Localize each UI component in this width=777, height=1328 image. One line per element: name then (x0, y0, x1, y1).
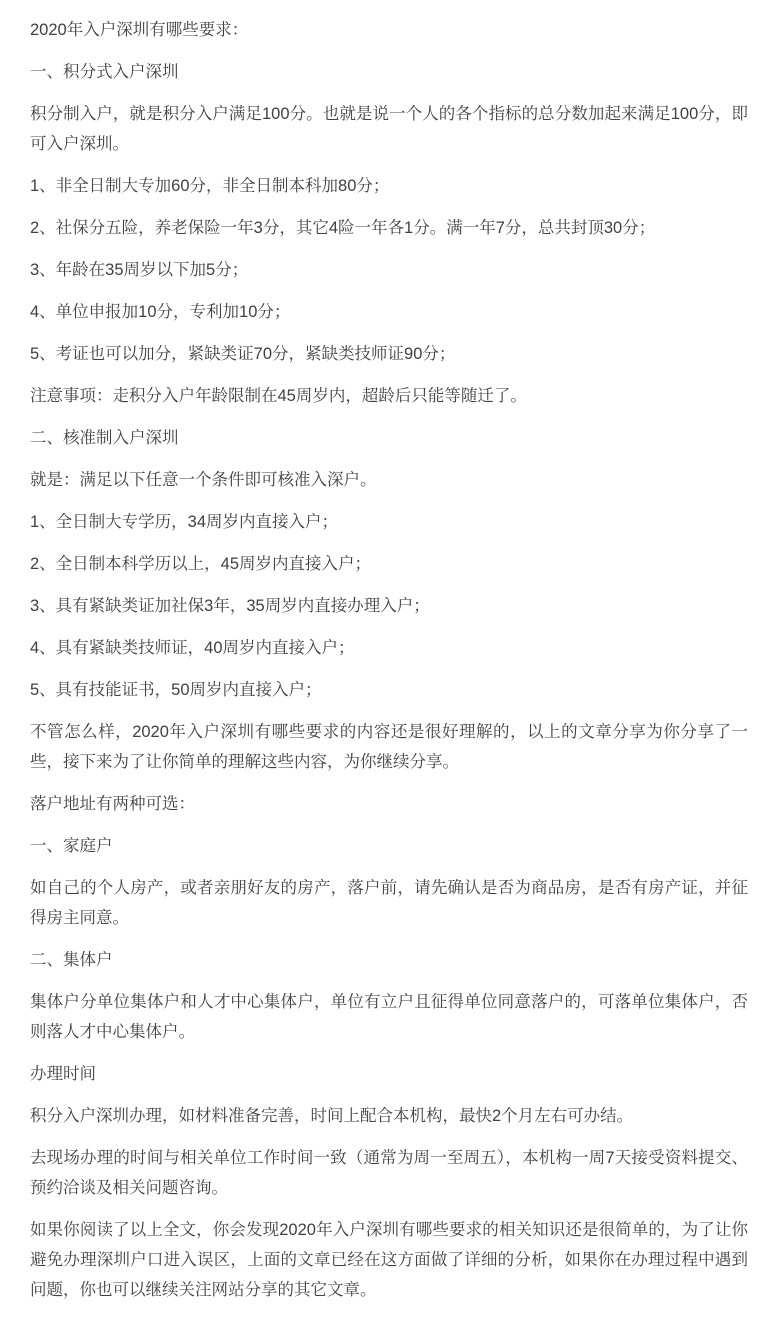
section-heading-points: 一、积分式入户深圳 (30, 57, 748, 87)
section-heading-family: 一、家庭户 (30, 831, 748, 861)
section-heading-time: 办理时间 (30, 1059, 748, 1089)
list-item-points-5: 5、考证也可以加分，紧缺类证70分，紧缺类技师证90分； (30, 339, 748, 369)
paragraph-address-intro: 落户地址有两种可选： (30, 789, 748, 819)
article-title-line: 2020年入户深圳有哪些要求： (30, 15, 748, 45)
section-heading-group: 二、集体户 (30, 945, 748, 975)
list-item-points-1: 1、非全日制大专加60分，非全日制本科加80分； (30, 171, 748, 201)
article-body: 2020年入户深圳有哪些要求： 一、积分式入户深圳 积分制入户，就是积分入户满足… (0, 0, 777, 1328)
paragraph-summary: 不管怎么样，2020年入户深圳有哪些要求的内容还是很好理解的，以上的文章分享为你… (30, 717, 748, 777)
paragraph-points-intro: 积分制入户，就是积分入户满足100分。也就是说一个人的各个指标的总分数加起来满足… (30, 99, 748, 159)
paragraph-points-note: 注意事项：走积分入户年龄限制在45周岁内，超龄后只能等随迁了。 (30, 381, 748, 411)
list-item-approval-4: 4、具有紧缺类技师证，40周岁内直接入户； (30, 633, 748, 663)
section-heading-approval: 二、核准制入户深圳 (30, 423, 748, 453)
list-item-approval-1: 1、全日制大专学历，34周岁内直接入户； (30, 507, 748, 537)
list-item-points-4: 4、单位申报加10分，专利加10分； (30, 297, 748, 327)
paragraph-time-detail-2: 去现场办理的时间与相关单位工作时间一致（通常为周一至周五），本机构一周7天接受资… (30, 1143, 748, 1203)
paragraph-family-detail: 如自己的个人房产，或者亲朋好友的房产，落户前，请先确认是否为商品房，是否有房产证… (30, 873, 748, 933)
list-item-points-2: 2、社保分五险，养老保险一年3分，其它4险一年各1分。满一年7分，总共封顶30分… (30, 213, 748, 243)
paragraph-group-detail: 集体户分单位集体户和人才中心集体户，单位有立户且征得单位同意落户的，可落单位集体… (30, 987, 748, 1047)
list-item-approval-5: 5、具有技能证书，50周岁内直接入户； (30, 675, 748, 705)
paragraph-closing: 如果你阅读了以上全文，你会发现2020年入户深圳有哪些要求的相关知识还是很简单的… (30, 1215, 748, 1305)
list-item-approval-2: 2、全日制本科学历以上，45周岁内直接入户； (30, 549, 748, 579)
paragraph-approval-intro: 就是：满足以下任意一个条件即可核准入深户。 (30, 465, 748, 495)
list-item-points-3: 3、年龄在35周岁以下加5分； (30, 255, 748, 285)
paragraph-time-detail-1: 积分入户深圳办理，如材料准备完善，时间上配合本机构，最快2个月左右可办结。 (30, 1101, 748, 1131)
list-item-approval-3: 3、具有紧缺类证加社保3年，35周岁内直接办理入户； (30, 591, 748, 621)
